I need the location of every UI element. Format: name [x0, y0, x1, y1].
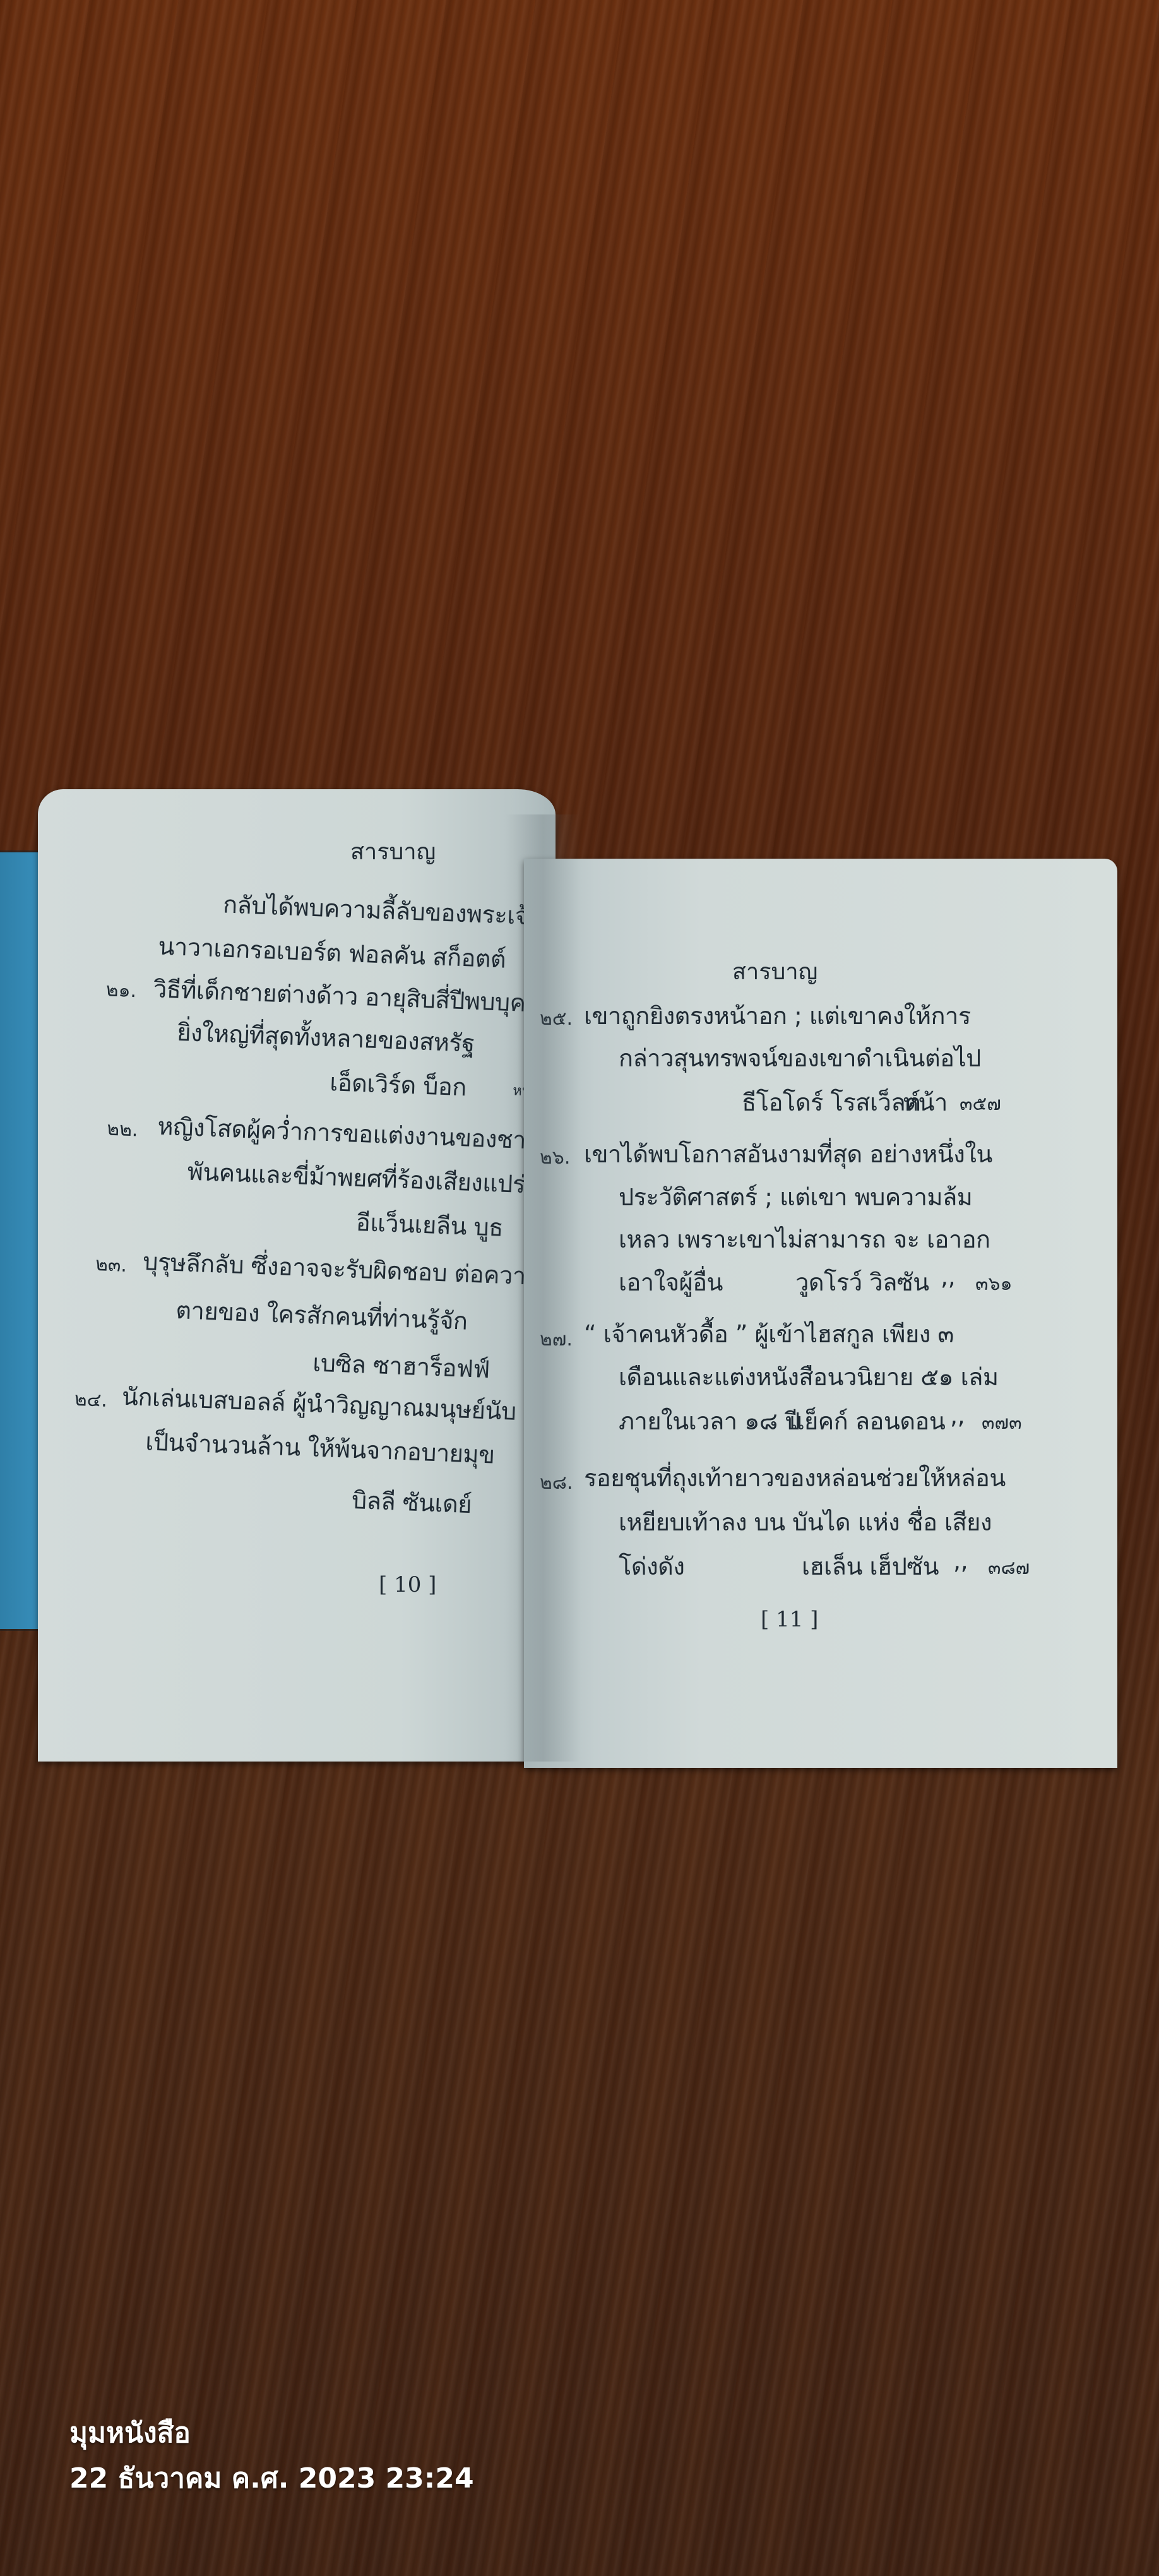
toc-entry-page: ๓๖๑ — [975, 1269, 1013, 1299]
toc-entry-page-label: หน้า — [903, 1083, 948, 1121]
toc-entry-number: ๒๓. — [95, 1249, 128, 1280]
toc-entry-author: เบซิล ซาฮาร็อฟฟ์ — [312, 1343, 490, 1388]
toc-entry-author: เอ็ดเวิร์ด บ็อก — [329, 1063, 467, 1106]
toc-entry-line: ประวัติศาสตร์ ; แต่เขา พบความล้ม — [619, 1178, 972, 1216]
page-number: [ 11 ] — [761, 1607, 818, 1632]
toc-entry-line: โด่งดัง — [619, 1547, 684, 1585]
toc-entry-author: วูดโรว์ วิลซัน — [795, 1263, 929, 1301]
toc-entry-line: เขาได้พบโอกาสอันงามที่สุด อย่างหนึ่งใน — [584, 1135, 992, 1173]
toc-entry-page: ๓๕๗ — [960, 1089, 1001, 1119]
open-book: สารบาญ กลับได้พบความลี้ลับของพระเจ้า นาว… — [0, 789, 1124, 1774]
toc-entry-line: เดือนและแต่งหนังสือนวนิยาย ๕๑ เล่ม — [619, 1357, 999, 1396]
book-gutter — [505, 814, 581, 1762]
toc-entry-line: รอยชุนที่ถุงเท้ายาวของหล่อนช่วยให้หล่อน — [584, 1458, 1006, 1497]
ditto-mark: ,, — [950, 1402, 965, 1429]
toc-entry-line: พันคนและขี่ม้าพยศที่ร้องเสียงแปร่น — [187, 1152, 542, 1204]
toc-entry-line: “ เจ้าคนหัวดื้อ ” ผู้เข้าไฮสกูล เพียง ๓ — [584, 1315, 954, 1353]
toc-entry-number: ๒๔. — [74, 1385, 108, 1416]
toc-entry-author: บิลลี ซันเดย์ — [351, 1481, 472, 1524]
toc-entry-line: ตายของ ใครสักคนที่ท่านรู้จัก — [175, 1291, 468, 1340]
toc-entry-line: บุรุษลึกลับ ซึ่งอาจจะรับผิดชอบ ต่อความ — [142, 1242, 542, 1296]
left-page: สารบาญ กลับได้พบความลี้ลับของพระเจ้า นาว… — [38, 789, 556, 1762]
toc-entry-author: แย็คก์ ลอนดอน — [789, 1402, 945, 1440]
toc-entry-line: กล่าวสุนทรพจน์ของเขาดำเนินต่อไป — [619, 1039, 981, 1077]
watermark-datetime: 22 ธันวาคม ค.ศ. 2023 23:24 — [69, 2456, 474, 2500]
toc-entry-page: ๓๘๗ — [988, 1553, 1030, 1583]
watermark-label: มุมหนังสือ — [69, 2411, 191, 2455]
toc-entry-author: เฮเล็น เฮ็ปซัน — [802, 1547, 939, 1585]
toc-entry-page: ๓๗๓ — [982, 1408, 1022, 1438]
toc-entry-author: ธีโอโดร์ โรสเว็ลต์ — [742, 1083, 920, 1121]
toc-entry-number: ๒๑. — [105, 975, 137, 1006]
toc-entry-author: นาวาเอกรอเบอร์ต ฟอลคัน สก็อตต์ — [157, 927, 506, 979]
toc-entry-line: เขาถูกยิงตรงหน้าอก ; แต่เขาคงให้การ — [584, 996, 971, 1035]
toc-entry-author: อีแว็นเยลีน บูธ — [355, 1203, 504, 1247]
toc-entry-line: ภายในเวลา ๑๘ ปี — [619, 1402, 800, 1440]
toc-entry-line: กลับได้พบความลี้ลับของพระเจ้า — [222, 885, 543, 935]
ditto-mark: ,, — [941, 1263, 955, 1291]
ditto-mark: ,, — [953, 1547, 968, 1575]
page-number: [ 10 ] — [379, 1572, 436, 1597]
page-heading: สารบาญ — [732, 953, 817, 989]
toc-entry-line: เหลว เพราะเขาไม่สามารถ จะ เอาอก — [619, 1220, 990, 1258]
toc-entry-line: เอาใจผู้อื่น — [619, 1263, 723, 1301]
right-page: สารบาญ ๒๕. เขาถูกยิงตรงหน้าอก ; แต่เขาคง… — [524, 859, 1117, 1768]
toc-entry-number: ๒๒. — [107, 1114, 139, 1145]
toc-entry-line: ยิ่งใหญ่ที่สุดทั้งหลายของสหรัฐ — [176, 1013, 475, 1063]
toc-entry-line: เป็นจำนวนล้าน ให้พ้นจากอบายมุข — [145, 1422, 495, 1474]
toc-entry-line: เหยียบเท้าลง บน บันได แห่ง ชื่อ เสียง — [619, 1503, 992, 1541]
